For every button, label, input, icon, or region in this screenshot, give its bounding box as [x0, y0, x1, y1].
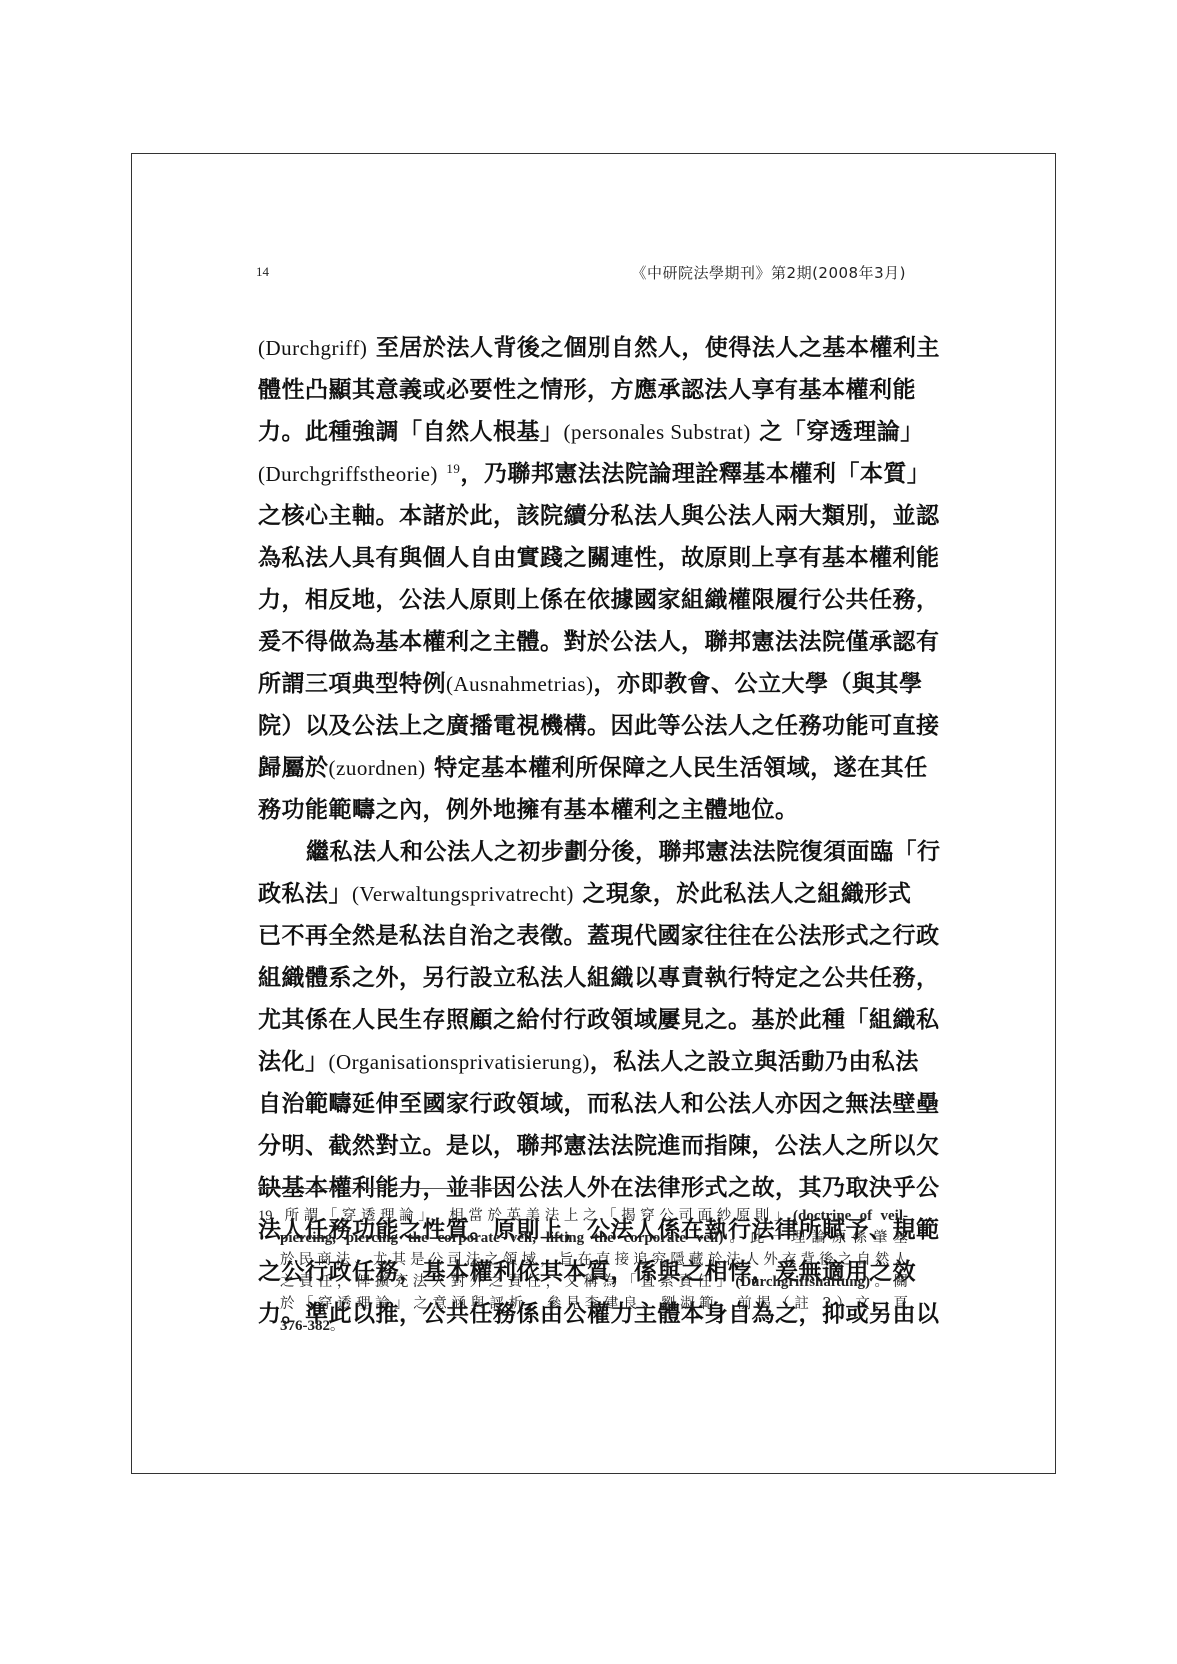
- text-run: ，亦即教會、公立大學（與其學: [593, 671, 922, 697]
- body-line: 力。此種強調「自然人根基」(personales Substrat) 之「穿透理…: [258, 411, 908, 453]
- page-number: 14: [256, 264, 269, 280]
- body-line: 尤其係在人民生存照顧之給付行政領域屢見之。基於此種「組織私: [258, 999, 908, 1041]
- body-line: 院）以及公法上之廣播電視機構。因此等公法人之任務功能可直接: [258, 705, 908, 747]
- text-run: 之現象，於此私法人之組織形式: [574, 881, 912, 907]
- footnote-19: 19所謂「穿透理論」，相當於英美法上之「揭穿公司面紗原則」(doctrine o…: [258, 1205, 908, 1337]
- body-line: 為私法人具有與個人自由實踐之關連性，故原則上享有基本權利能: [258, 537, 908, 579]
- text-run: 歸屬於: [258, 755, 329, 781]
- latin-term: (personales Substrat): [564, 420, 751, 444]
- footnote-line: 於民商法、尤其是公司法之領域，旨在直接追究隱藏於法人外衣背後之自然人: [258, 1249, 908, 1271]
- body-line: (Durchgriff) 至居於法人背後之個別自然人，使得法人之基本權利主: [258, 327, 908, 369]
- text-run: 已不再全然是私法自治之表徵。蓋現代國家往往在公法形式之行政: [258, 923, 940, 949]
- text-run: 法化」: [258, 1049, 329, 1075]
- text-run: 政私法」: [258, 881, 352, 907]
- latin-term: (doctrine of veil-: [793, 1208, 908, 1224]
- text-run: 。: [330, 1318, 345, 1334]
- body-line: 力，相反地，公法人原則上係在依據國家組織權限履行公共任務，: [258, 579, 908, 621]
- body-line: 組織體系之外，另行設立私法人組織以專責執行特定之公共任務，: [258, 957, 908, 999]
- text-run: 所謂三項典型特例: [258, 671, 446, 697]
- text-run: ，乃聯邦憲法法院論理詮釋基本權利「本質」: [460, 461, 930, 487]
- text-run: 之責任，俾擴充法人對外之責任，又稱為「直索責任」: [280, 1274, 735, 1290]
- text-run: 特定基本權利所保障之人民生活領域，遂在其任: [426, 755, 928, 781]
- latin-term: 376-382: [280, 1318, 330, 1334]
- footnote-separator: [258, 1188, 506, 1189]
- text-run: 院）以及公法上之廣播電視機構。因此等公法人之任務功能可直接: [258, 713, 940, 739]
- body-text: (Durchgriff) 至居於法人背後之個別自然人，使得法人之基本權利主體性凸…: [258, 327, 908, 1335]
- footnote-number: 19: [258, 1205, 280, 1227]
- text-run: 力，相反地，公法人原則上係在依據國家組織權限履行公共任務，: [258, 587, 940, 613]
- text-run: 為私法人具有與個人自由實踐之關連性，故原則上享有基本權利能: [258, 545, 940, 571]
- body-line: 法化」(Organisationsprivatisierung)，私法人之設立與…: [258, 1041, 908, 1083]
- latin-term: (Verwaltungsprivatrecht): [352, 882, 574, 906]
- body-line: 自治範疇延伸至國家行政領域，而私法人和公法人亦因之無法壁壘: [258, 1083, 908, 1125]
- body-line: 爰不得做為基本權利之主體。對於公法人，聯邦憲法法院僅承認有: [258, 621, 908, 663]
- text-run: 務功能範疇之內，例外地擁有基本權利之主體地位。: [258, 797, 799, 823]
- body-line: (Durchgriffstheorie) 19，乃聯邦憲法法院論理詮釋基本權利「…: [258, 453, 908, 495]
- footnote-line: 376-382。: [258, 1315, 908, 1337]
- latin-term: (Ausnahmetrias): [446, 672, 593, 696]
- footnote-line: 於「穿透理論」之意涵與評析，參見李建良、劉淑範，前揭（註 2）文，頁: [258, 1293, 908, 1315]
- body-line: 所謂三項典型特例(Ausnahmetrias)，亦即教會、公立大學（與其學: [258, 663, 908, 705]
- text-run: 組織體系之外，另行設立私法人組織以專責執行特定之公共任務，: [258, 965, 940, 991]
- footnote-reference: 19: [446, 461, 460, 476]
- text-run: 。關: [870, 1274, 908, 1290]
- footnote-line: 19所謂「穿透理論」，相當於英美法上之「揭穿公司面紗原則」(doctrine o…: [258, 1205, 908, 1227]
- latin-term: (zuordnen): [329, 756, 426, 780]
- body-line: 政私法」(Verwaltungsprivatrecht) 之現象，於此私法人之組…: [258, 873, 908, 915]
- latin-term: piercing, piercing the corporate veil, l…: [280, 1230, 723, 1246]
- text-run: 自治範疇延伸至國家行政領域，而私法人和公法人亦因之無法壁壘: [258, 1091, 940, 1117]
- text-run: 力。此種強調「自然人根基」: [258, 419, 564, 445]
- text-run: 於「穿透理論」之意涵與評析，參見李建良、劉淑範，前揭（註 2）文，頁: [280, 1296, 908, 1312]
- running-header: 14 《中研院法學期刊》第2期(2008年3月): [256, 262, 906, 286]
- latin-term: (Durchgriffstheorie): [258, 462, 438, 486]
- text-run: 爰不得做為基本權利之主體。對於公法人，聯邦憲法法院僅承認有: [258, 629, 940, 655]
- body-line: 務功能範疇之內，例外地擁有基本權利之主體地位。: [258, 789, 908, 831]
- text-run: 分明、截然對立。是以，聯邦憲法法院進而指陳，公法人之所以欠: [258, 1133, 940, 1159]
- latin-term: (Durchgriffshaftung): [735, 1274, 870, 1290]
- latin-term: (Organisationsprivatisierung): [329, 1050, 590, 1074]
- body-line: 繼私法人和公法人之初步劃分後，聯邦憲法法院復須面臨「行: [258, 831, 908, 873]
- text-run: 於民商法、尤其是公司法之領域，旨在直接追究隱藏於法人外衣背後之自然人: [280, 1252, 908, 1268]
- body-line: 之核心主軸。本諸於此，該院續分私法人與公法人兩大類別，並認: [258, 495, 908, 537]
- body-line: 分明、截然對立。是以，聯邦憲法法院進而指陳，公法人之所以欠: [258, 1125, 908, 1167]
- body-line: 歸屬於(zuordnen) 特定基本權利所保障之人民生活領域，遂在其任: [258, 747, 908, 789]
- text-run: 之「穿透理論」: [751, 419, 924, 445]
- text-run: 尤其係在人民生存照顧之給付行政領域屢見之。基於此種「組織私: [258, 1007, 940, 1033]
- text-run: 之核心主軸。本諸於此，該院續分私法人與公法人兩大類別，並認: [258, 503, 940, 529]
- text-run: 繼私法人和公法人之初步劃分後，聯邦憲法法院復須面臨「行: [306, 839, 941, 865]
- body-line: 已不再全然是私法自治之表徵。蓋現代國家往往在公法形式之行政: [258, 915, 908, 957]
- text-run: 。此一理論原係肇基: [723, 1230, 908, 1246]
- footnote-line: 之責任，俾擴充法人對外之責任，又稱為「直索責任」(Durchgriffshaft…: [258, 1271, 908, 1293]
- text-run: 所謂「穿透理論」，相當於英美法上之「揭穿公司面紗原則」: [280, 1208, 793, 1224]
- text-run: ，私法人之設立與活動乃由私法: [590, 1049, 919, 1075]
- footnote-line: piercing, piercing the corporate veil, l…: [258, 1227, 908, 1249]
- latin-term: (Durchgriff): [258, 336, 367, 360]
- text-run: 體性凸顯其意義或必要性之情形，方應承認法人享有基本權利能: [258, 377, 916, 403]
- body-line: 體性凸顯其意義或必要性之情形，方應承認法人享有基本權利能: [258, 369, 908, 411]
- text-run: 至居於法人背後之個別自然人，使得法人之基本權利主: [367, 335, 940, 361]
- journal-citation: 《中研院法學期刊》第2期(2008年3月): [632, 262, 906, 283]
